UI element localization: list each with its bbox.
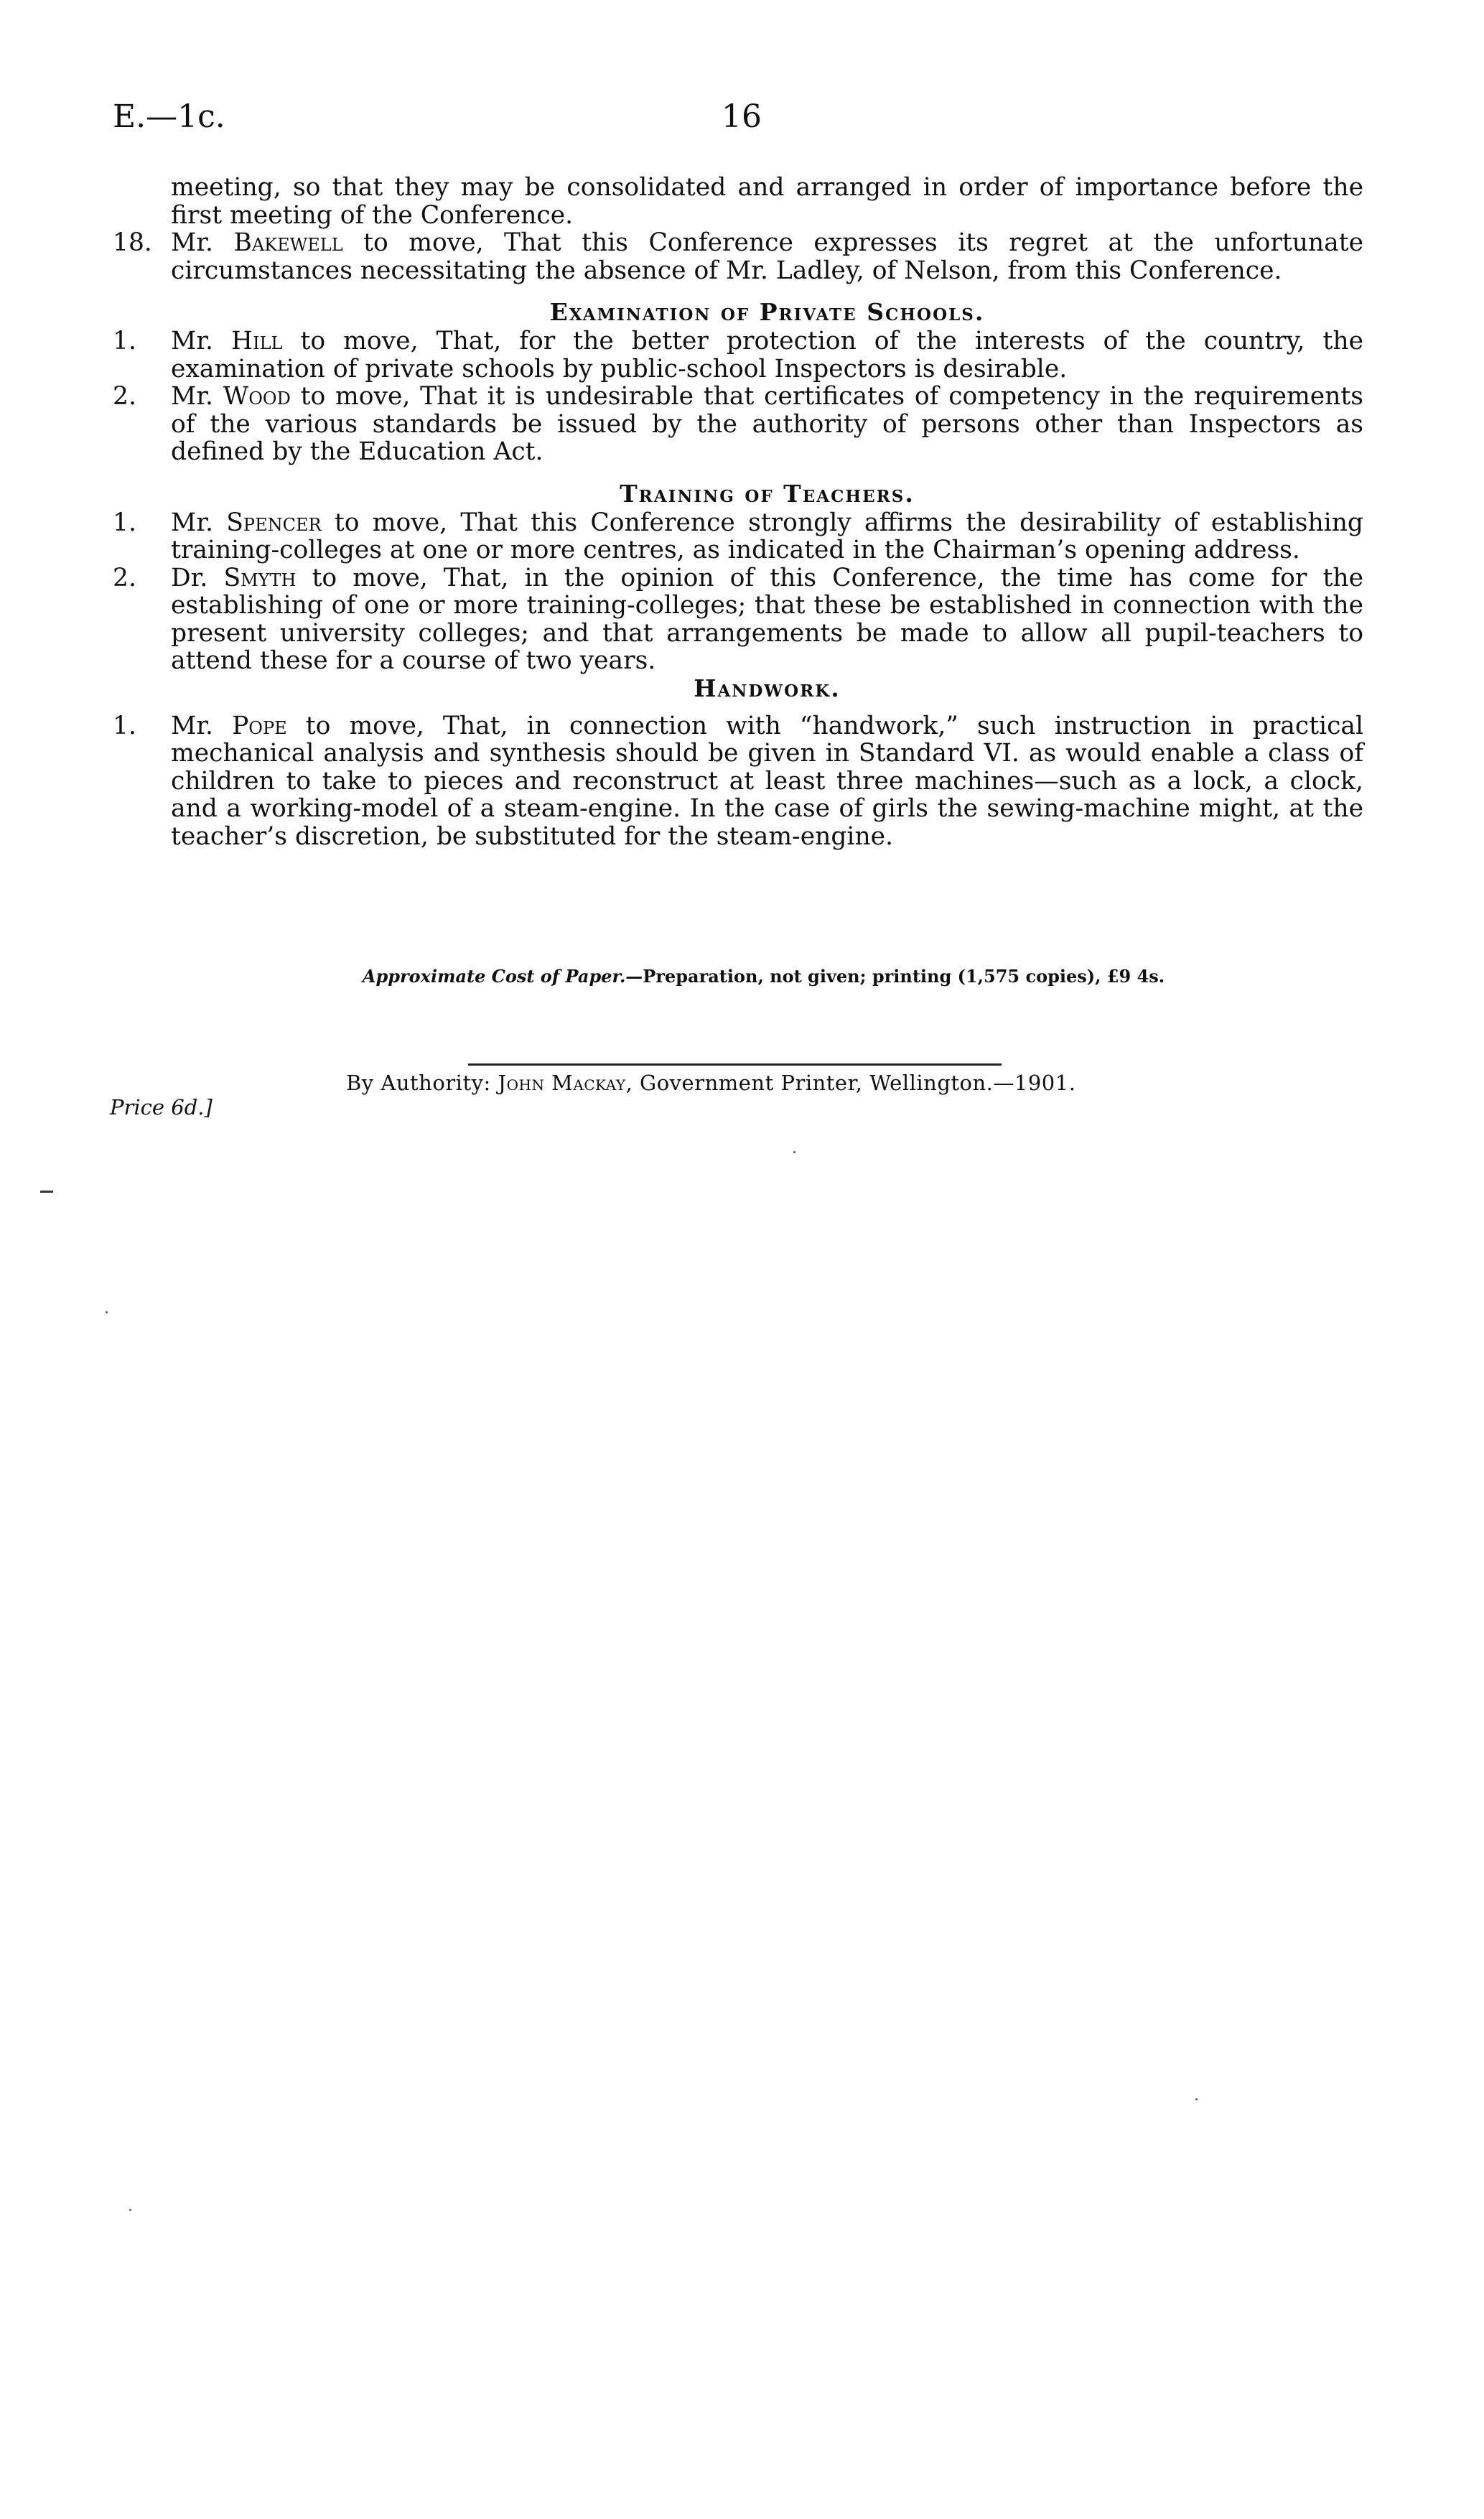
printer-imprint: By Authority: John Mackay, Government Pr…: [346, 1070, 1075, 1096]
scan-speck: [106, 1311, 108, 1313]
mover-name: Wood: [223, 382, 291, 411]
section-heading-training-of-teachers: Training of Teachers.: [113, 480, 1363, 508]
section-heading-handwork: Handwork.: [113, 675, 1363, 702]
item-number: 1.: [113, 712, 136, 740]
cost-of-paper-note: Approximate Cost of Paper.—Preparation, …: [0, 966, 1484, 987]
item-number: 18.: [113, 229, 152, 257]
mover-name: Hill: [231, 327, 282, 355]
motion-item: 1. Mr. Pope to move, That, in connection…: [113, 712, 1363, 851]
footer-divider: [468, 1063, 1002, 1066]
motion-text: to move, That it is undesirable that cer…: [171, 382, 1363, 466]
cost-note-text: —Preparation, not given; printing (1,575…: [625, 966, 1165, 987]
mover-name: Bakewell: [233, 228, 342, 257]
motion-item: 2. Dr. Smyth to move, That, in the opini…: [113, 564, 1363, 675]
motion-text: to move, That, for the better protection…: [171, 327, 1363, 383]
motion-text: to move, That this Conference expresses …: [171, 228, 1363, 285]
item-number: 2.: [113, 564, 136, 592]
spacer: [113, 284, 1363, 299]
section-heading-examination-private-schools: Examination of Private Schools.: [113, 299, 1363, 326]
continuation-paragraph: meeting, so that they may be consolidate…: [113, 174, 1363, 229]
mover-title: Mr.: [171, 382, 213, 411]
scan-mark: [40, 1191, 53, 1193]
page-header: E.—1c. 16: [0, 99, 1484, 135]
mover-name: Smyth: [223, 564, 296, 592]
printer-name: John Mackay: [498, 1071, 626, 1095]
mover-title: Dr.: [171, 564, 207, 592]
item-number: 2.: [113, 383, 136, 411]
motion-item: 2. Mr. Wood to move, That it is undesira…: [113, 383, 1363, 466]
item-number: 1.: [113, 327, 136, 355]
mover-title: Mr.: [171, 712, 213, 740]
mover-title: Mr.: [171, 327, 213, 355]
mover-name: Pope: [232, 712, 287, 740]
motion-text: to move, That, in connection with “handw…: [171, 712, 1363, 851]
imprint-prefix: By Authority:: [346, 1071, 491, 1095]
price-label: Price 6d.]: [110, 1094, 213, 1120]
scan-speck: [129, 2209, 131, 2211]
scan-speck: [1195, 2098, 1198, 2100]
motion-item-18: 18. Mr. Bakewell to move, That this Conf…: [113, 229, 1363, 284]
mover-title: Mr.: [171, 228, 213, 257]
mover-name: Spencer: [226, 508, 321, 537]
page-number: 16: [722, 99, 762, 135]
scan-speck: [793, 1151, 795, 1153]
spacer: [113, 466, 1363, 480]
spacer: [113, 702, 1363, 712]
cost-note-label: Approximate Cost of Paper.: [363, 966, 625, 987]
motion-text: to move, That, in the opinion of this Co…: [171, 564, 1363, 676]
item-number: 1.: [113, 509, 136, 537]
document-body: meeting, so that they may be consolidate…: [113, 174, 1363, 850]
motion-item: 1. Mr. Hill to move, That, for the bette…: [113, 327, 1363, 383]
imprint-suffix: , Government Printer, Wellington.—1901.: [626, 1071, 1076, 1095]
mover-title: Mr.: [171, 508, 213, 537]
document-reference: E.—1c.: [113, 99, 225, 135]
motion-text: to move, That this Conference strongly a…: [171, 508, 1363, 565]
motion-item: 1. Mr. Spencer to move, That this Confer…: [113, 509, 1363, 564]
